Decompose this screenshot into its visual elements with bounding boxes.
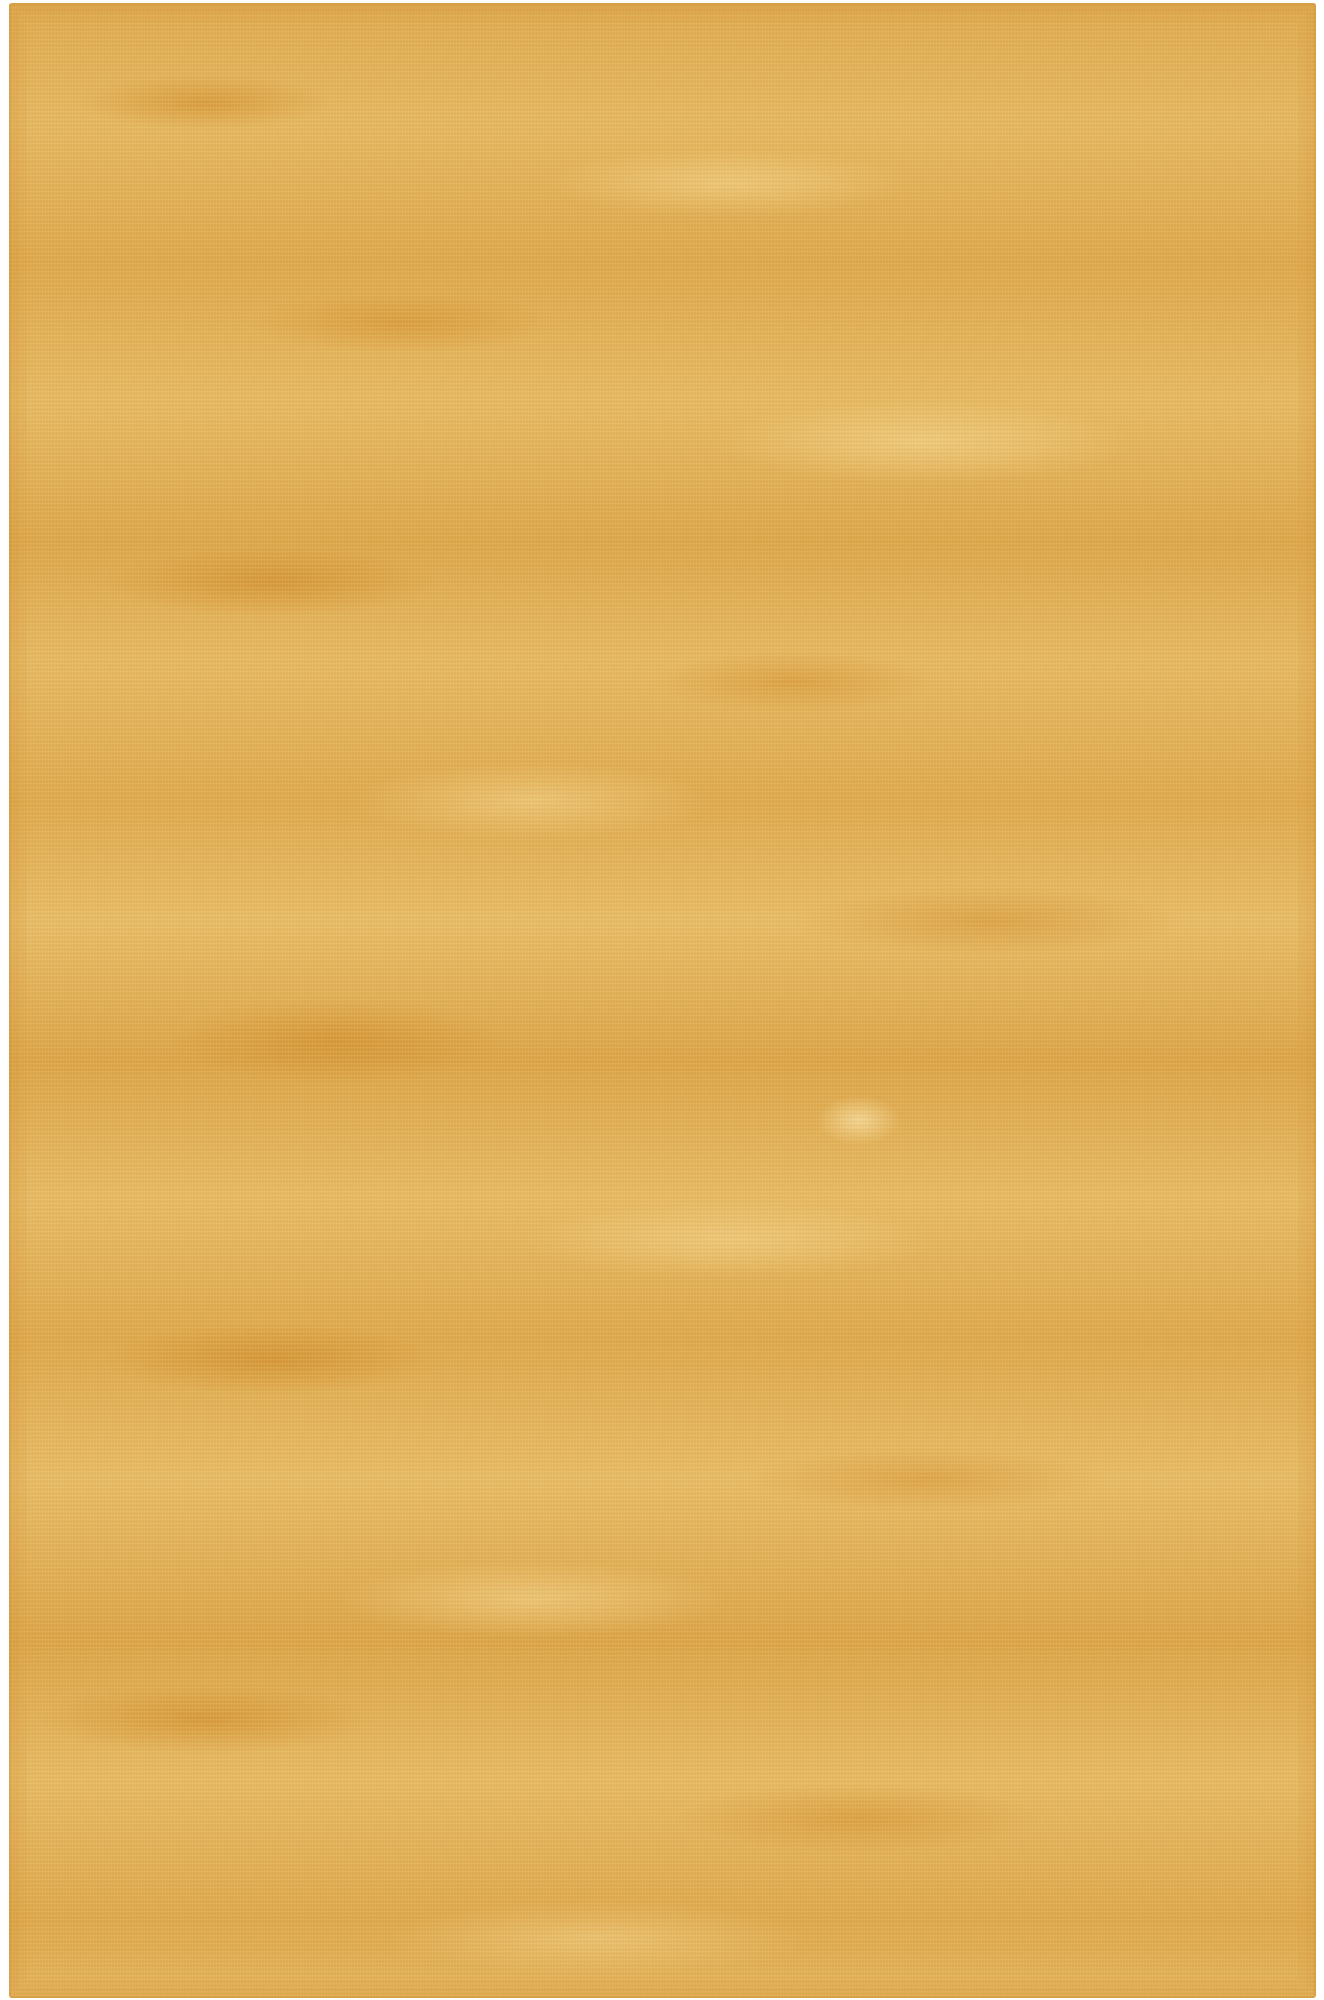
rug-border <box>9 3 1316 1998</box>
product-photo <box>0 0 1324 2000</box>
golden-rug <box>9 3 1316 1998</box>
